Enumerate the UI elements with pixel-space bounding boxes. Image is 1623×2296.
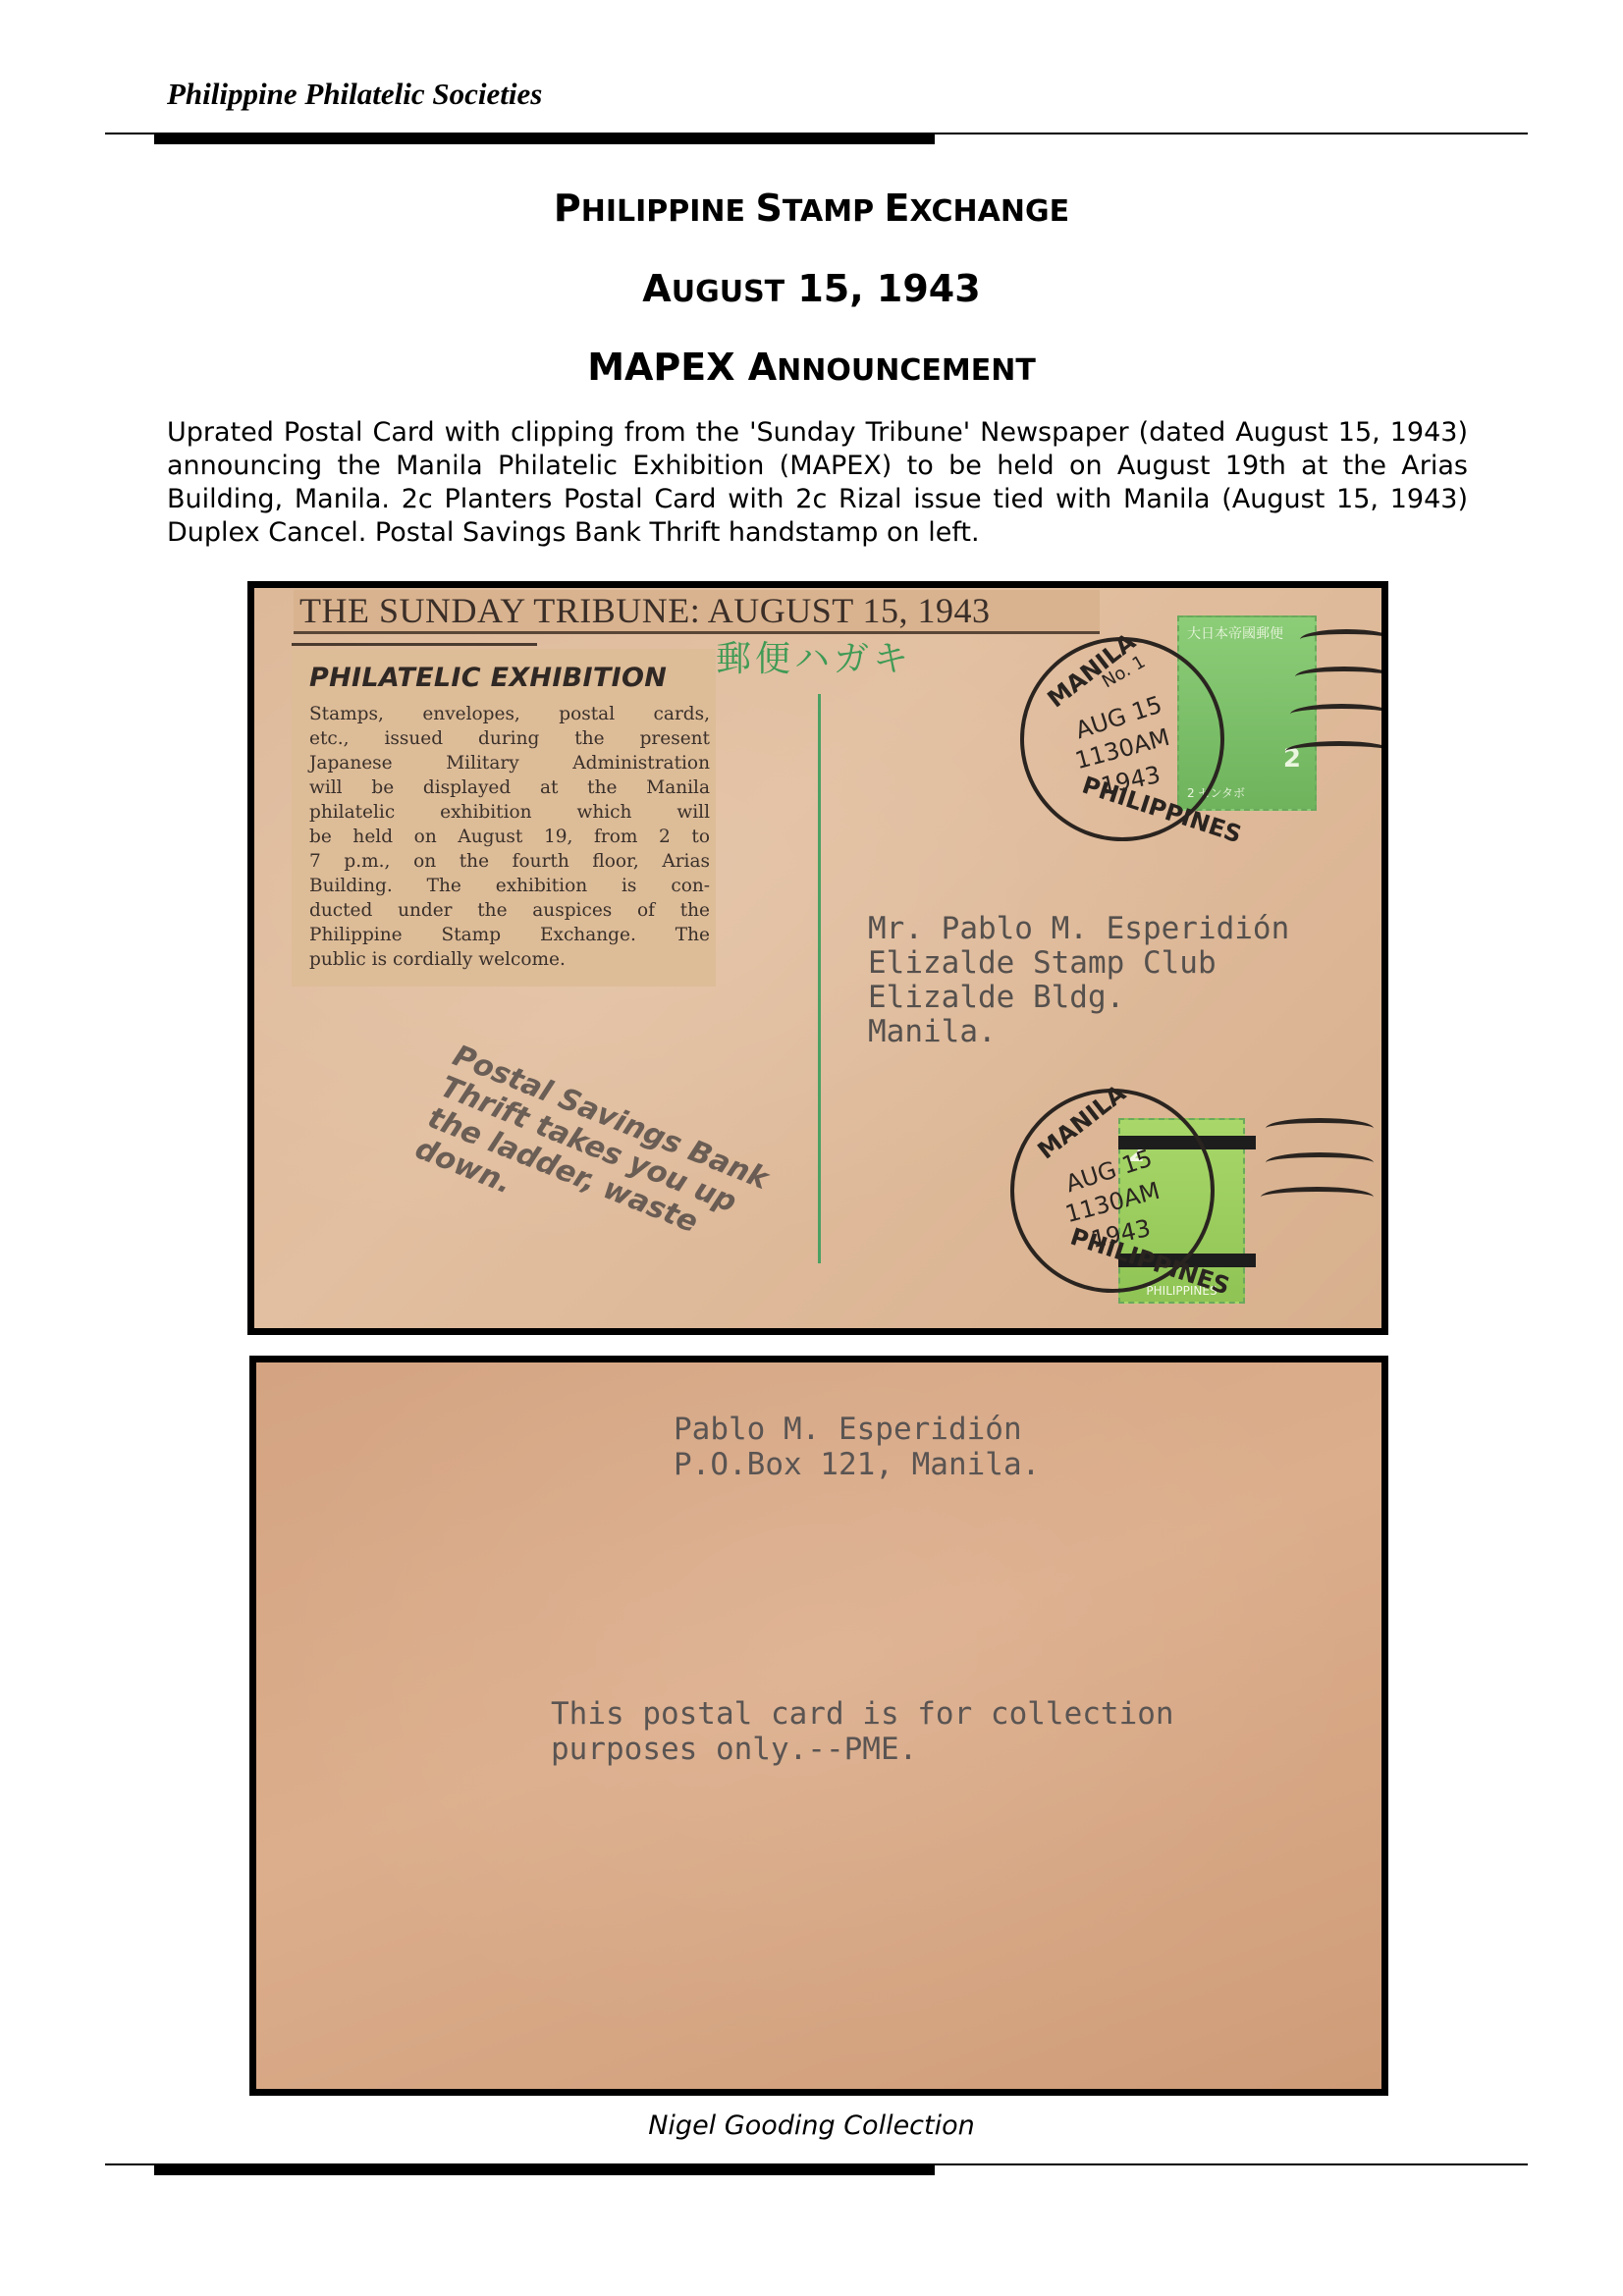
page-subtitle: MAPEX ANNOUNCEMENT [0,346,1623,389]
clipping-line: 7 p.m., on the fourth floor, Arias [309,849,710,874]
note-line: This postal card is for collection [551,1696,1174,1732]
recipient-address: Mr. Pablo M. EsperidiónElizalde Stamp Cl… [868,912,1289,1049]
sender-return-address: Pablo M. EsperidiónP.O.Box 121, Manila. [674,1412,1040,1482]
clipping-line: etc., issued during the present [309,726,710,751]
wavy-killer-line [1261,1187,1374,1207]
clipping-line: public is cordially welcome. [309,947,710,972]
wavy-killer-line [1285,741,1388,762]
wavy-killer-line [1266,1118,1374,1139]
clipping-body: Stamps, envelopes, postal cards,etc., is… [309,702,710,972]
item-description: Uprated Postal Card with clipping from t… [167,416,1468,550]
address-line: Manila. [868,1015,1289,1049]
clipping-line: Philippine Stamp Exchange. The [309,923,710,947]
clipping-line: be held on August 19, from 2 to [309,825,710,849]
clipping-line: Japanese Military Administration [309,751,710,775]
wavy-killer-line [1290,704,1388,724]
newspaper-masthead-clipping: THE SUNDAY TRIBUNE: AUGUST 15, 1943 [294,590,1100,634]
footer-rule-thick [154,2164,935,2175]
address-line: Mr. Pablo M. Esperidión [868,912,1289,946]
running-header-title: Philippine Philatelic Societies [167,77,542,112]
newspaper-clipping: PHILATELIC EXHIBITION Stamps, envelopes,… [292,649,716,987]
collection-credit: Nigel Gooding Collection [0,2110,1623,2141]
japanese-postcard-heading: 郵便ハガキ [716,631,912,681]
address-line: Elizalde Stamp Club [868,946,1289,981]
indicium-label: 大日本帝國郵便 [1187,623,1283,643]
card-center-divider [818,694,821,1263]
clipping-line: will be displayed at the Manila [309,775,710,800]
postal-card-back-image: Pablo M. EsperidiónP.O.Box 121, Manila. … [249,1356,1388,2096]
postal-card-front-image: THE SUNDAY TRIBUNE: AUGUST 15, 1943 PHIL… [247,581,1388,1335]
page-title: PHILIPPINE STAMP EXCHANGE [0,187,1623,230]
clipping-line: philatelic exhibition which will [309,800,710,825]
sender-line: Pablo M. Esperidión [674,1412,1040,1447]
header-rule-thick [154,133,935,144]
wavy-killer-line [1295,667,1388,687]
page-date-heading: AUGUST 15, 1943 [0,267,1623,310]
postal-savings-thrift-handstamp: Postal Savings BankThrift takes you upth… [410,1040,773,1290]
clipping-line: ducted under the auspices of the [309,898,710,923]
address-line: Elizalde Bldg. [868,981,1289,1015]
clipping-rule [292,643,537,646]
clipping-line: Stamps, envelopes, postal cards, [309,702,710,726]
wavy-killer-line [1300,629,1388,650]
collection-purposes-note: This postal card is for collectionpurpos… [551,1696,1174,1767]
clipping-headline: PHILATELIC EXHIBITION [309,663,667,693]
sender-line: P.O.Box 121, Manila. [674,1447,1040,1482]
note-line: purposes only.--PME. [551,1732,1174,1767]
wavy-killer-line [1266,1152,1374,1173]
clipping-line: Building. The exhibition is con- [309,874,710,898]
